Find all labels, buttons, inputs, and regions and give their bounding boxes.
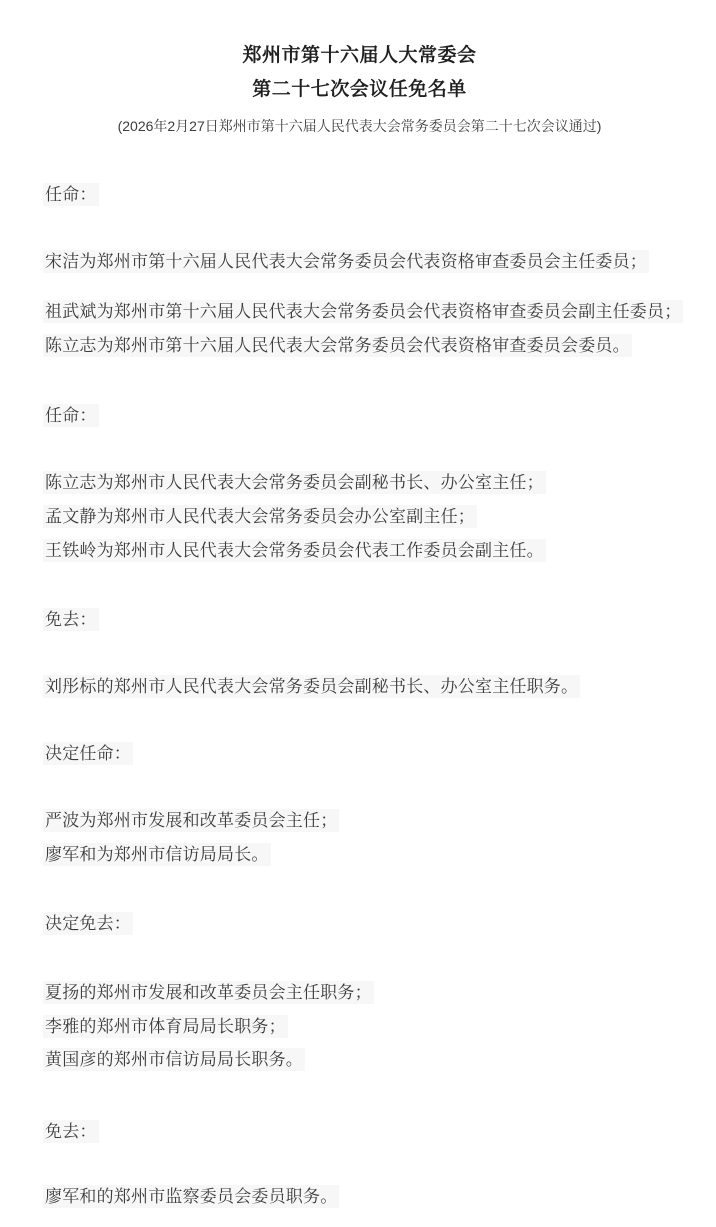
document-header: 郑州市第十六届人大常委会 第二十七次会议任免名单 (2026年2月27日郑州市第… — [45, 45, 674, 134]
section-label-remove-1: 免去： — [45, 610, 674, 630]
section-label-appoint-2: 任命： — [45, 406, 674, 426]
doc-passage-note: (2026年2月27日郑州市第十六届人民代表大会常务委员会第二十七次会议通过) — [45, 118, 674, 134]
appointment-item: 廖军和为郑州市信访局局长。 — [45, 845, 674, 865]
section-label-appoint-1: 任命： — [45, 185, 674, 205]
removal-item: 黄国彦的郑州市信访局局长职务。 — [45, 1050, 674, 1070]
appointment-item: 严波为郑州市发展和改革委员会主任； — [45, 811, 674, 831]
removal-item: 夏扬的郑州市发展和改革委员会主任职务； — [45, 983, 674, 1003]
section-label-decide-remove: 决定免去： — [45, 914, 674, 934]
document-page: 郑州市第十六届人大常委会 第二十七次会议任免名单 (2026年2月27日郑州市第… — [0, 0, 716, 1227]
section-label-remove-2: 免去： — [45, 1122, 674, 1142]
removal-item: 李雅的郑州市体育局局长职务； — [45, 1017, 674, 1037]
appointment-item: 陈立志为郑州市第十六届人民代表大会常务委员会代表资格审查委员会委员。 — [45, 336, 674, 356]
doc-title-line1: 郑州市第十六届人大常委会 — [45, 45, 674, 66]
removal-item: 刘彤标的郑州市人民代表大会常务委员会副秘书长、办公室主任职务。 — [45, 677, 674, 697]
doc-title-line2: 第二十七次会议任免名单 — [45, 79, 674, 100]
appointment-item: 祖武斌为郑州市第十六届人民代表大会常务委员会代表资格审查委员会副主任委员； — [45, 302, 674, 322]
appointment-item: 孟文静为郑州市人民代表大会常务委员会办公室副主任； — [45, 507, 674, 527]
appointment-item: 王铁岭为郑州市人民代表大会常务委员会代表工作委员会副主任。 — [45, 541, 674, 561]
appointment-item: 宋洁为郑州市第十六届人民代表大会常务委员会代表资格审查委员会主任委员； — [45, 252, 674, 272]
document-body: 任命： 宋洁为郑州市第十六届人民代表大会常务委员会代表资格审查委员会主任委员； … — [45, 185, 674, 1207]
appointment-item: 陈立志为郑州市人民代表大会常务委员会副秘书长、办公室主任； — [45, 473, 674, 493]
removal-item: 廖军和的郑州市监察委员会委员职务。 — [45, 1187, 674, 1207]
section-label-decide-appoint: 决定任命： — [45, 744, 674, 764]
